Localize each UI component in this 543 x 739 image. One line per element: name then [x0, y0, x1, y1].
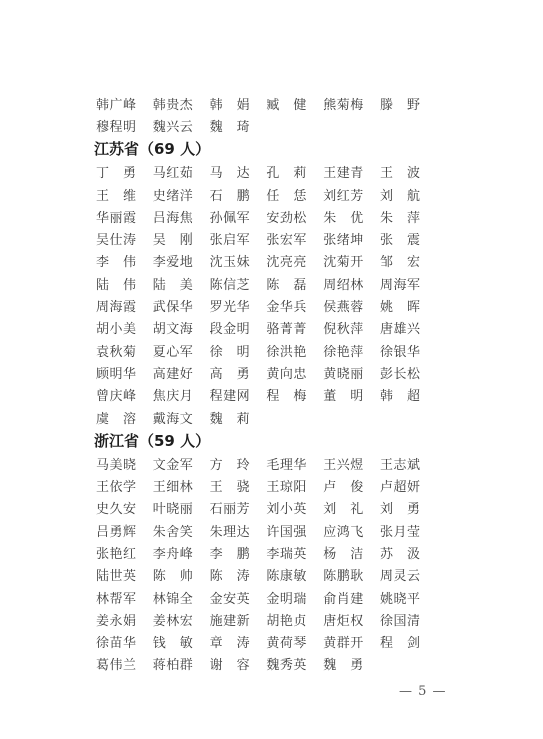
person-name: 李瑞英: [266, 543, 323, 562]
person-name: 张启军: [210, 229, 267, 248]
name-row: 林帮军林锦全金安英金明瑞俞肖建姚晓平: [96, 586, 456, 608]
person-name: 陈 帅: [153, 565, 210, 584]
person-name: 朱 优: [323, 207, 380, 226]
person-name: 沈菊开: [323, 251, 380, 270]
person-name: 蒋柏群: [153, 654, 210, 673]
name-row: 马美晓文金军方 玲毛理华王兴煜王志斌: [96, 452, 456, 474]
name-row: 陆世英陈 帅陈 涛陈康敏陈鹏耿周灵云: [96, 564, 456, 586]
person-name: 戴海文: [153, 408, 210, 427]
person-name: 周绍林: [323, 274, 380, 293]
person-name: 魏 琦: [210, 116, 267, 135]
page-number: — 5 —: [399, 684, 447, 699]
person-name: 王 维: [96, 185, 153, 204]
person-name: 穆程明: [96, 116, 153, 135]
person-name: 胡艳贞: [266, 610, 323, 629]
person-name: 姜永娟: [96, 610, 153, 629]
person-name: 吕海焦: [153, 207, 210, 226]
person-name: 丁 勇: [96, 162, 153, 181]
name-row: 韩广峰韩贵杰韩 娟臧 健熊菊梅滕 野: [96, 92, 456, 114]
person-name: 刘 勇: [380, 498, 437, 517]
name-row: 吴仕涛吴 刚张启军张宏军张绪坤张 震: [96, 227, 456, 249]
person-name: 方 玲: [210, 454, 267, 473]
person-name: 施建新: [210, 610, 267, 629]
person-name: 陆 美: [153, 274, 210, 293]
person-name: 刘 航: [380, 185, 437, 204]
person-name: 高 勇: [210, 363, 267, 382]
person-name: 黄晓丽: [323, 363, 380, 382]
person-name: 周海霞: [96, 296, 153, 315]
name-list: 韩广峰韩贵杰韩 娟臧 健熊菊梅滕 野穆程明魏兴云魏 琦江苏省（69 人）丁 勇马…: [96, 92, 456, 675]
person-name: 臧 健: [266, 94, 323, 113]
person-name: 张艳红: [96, 543, 153, 562]
person-name: 毛理华: [266, 454, 323, 473]
person-name: 俞肖建: [323, 588, 380, 607]
person-name: 史久安: [96, 498, 153, 517]
person-name: 夏心军: [153, 341, 210, 360]
name-row: 袁秋菊夏心军徐 明徐洪艳徐艳萍徐银华: [96, 339, 456, 361]
person-name: 周海军: [380, 274, 437, 293]
name-row: 丁 勇马红茹马 达孔 莉王建青王 波: [96, 161, 456, 183]
person-name: 陈 涛: [210, 565, 267, 584]
person-name: 侯燕蓉: [323, 296, 380, 315]
person-name: 陈信芝: [210, 274, 267, 293]
name-row: 葛伟兰蒋柏群谢 容魏秀英魏 勇: [96, 653, 456, 675]
person-name: 韩贵杰: [153, 94, 210, 113]
person-name: 徐苗华: [96, 632, 153, 651]
person-name: 王志斌: [380, 454, 437, 473]
person-name: 段金明: [210, 318, 267, 337]
person-name: 王依学: [96, 476, 153, 495]
name-row: 张艳红李舟峰李 鹏李瑞英杨 洁苏 汲: [96, 541, 456, 563]
person-name: 卢 俊: [323, 476, 380, 495]
person-name: 唐炬权: [323, 610, 380, 629]
name-row: 华丽霞吕海焦孙佩军安劲松朱 优朱 萍: [96, 205, 456, 227]
person-name: 吴 刚: [153, 229, 210, 248]
person-name: 徐洪艳: [266, 341, 323, 360]
person-name: 黄群开: [323, 632, 380, 651]
person-name: 陈 磊: [266, 274, 323, 293]
person-name: 吕勇辉: [96, 521, 153, 540]
person-name: 魏 勇: [323, 654, 380, 673]
document-page: 韩广峰韩贵杰韩 娟臧 健熊菊梅滕 野穆程明魏兴云魏 琦江苏省（69 人）丁 勇马…: [0, 0, 543, 739]
person-name: 彭长松: [380, 363, 437, 382]
person-name: 沈亮亮: [266, 251, 323, 270]
person-name: 史绪洋: [153, 185, 210, 204]
person-name: 李 鹏: [210, 543, 267, 562]
person-name: 金华兵: [266, 296, 323, 315]
person-name: 马 达: [210, 162, 267, 181]
person-name: 沈玉妹: [210, 251, 267, 270]
person-name: 李舟峰: [153, 543, 210, 562]
person-name: 谢 容: [210, 654, 267, 673]
person-name: 王琼阳: [266, 476, 323, 495]
person-name: 程 梅: [266, 385, 323, 404]
name-row: 史久安叶晓丽石丽芳刘小英刘 礼刘 勇: [96, 497, 456, 519]
person-name: 朱理达: [210, 521, 267, 540]
person-name: 朱舍笑: [153, 521, 210, 540]
person-name: 华丽霞: [96, 207, 153, 226]
person-name: 孔 莉: [266, 162, 323, 181]
name-row: 周海霞武保华罗光华金华兵侯燕蓉姚 晖: [96, 294, 456, 316]
name-row: 顾明华高建好高 勇黄向忠黄晓丽彭长松: [96, 361, 456, 383]
person-name: 韩 超: [380, 385, 437, 404]
person-name: 黄向忠: [266, 363, 323, 382]
name-row: 姜永娟姜林宏施建新胡艳贞唐炬权徐国清: [96, 608, 456, 630]
person-name: 武保华: [153, 296, 210, 315]
person-name: 王兴煜: [323, 454, 380, 473]
person-name: 王 波: [380, 162, 437, 181]
person-name: 胡小美: [96, 318, 153, 337]
name-row: 曾庆峰焦庆月程建网程 梅董 明韩 超: [96, 384, 456, 406]
person-name: 姜林宏: [153, 610, 210, 629]
person-name: 葛伟兰: [96, 654, 153, 673]
person-name: 曾庆峰: [96, 385, 153, 404]
person-name: 陈康敏: [266, 565, 323, 584]
person-name: 钱 敏: [153, 632, 210, 651]
person-name: 任 恁: [266, 185, 323, 204]
person-name: 姚 晖: [380, 296, 437, 315]
person-name: 魏秀英: [266, 654, 323, 673]
person-name: 刘红芳: [323, 185, 380, 204]
person-name: 朱 萍: [380, 207, 437, 226]
person-name: 杨 洁: [323, 543, 380, 562]
person-name: 徐艳萍: [323, 341, 380, 360]
person-name: 安劲松: [266, 207, 323, 226]
person-name: 王细林: [153, 476, 210, 495]
person-name: 李 伟: [96, 251, 153, 270]
name-row: 陆 伟陆 美陈信芝陈 磊周绍林周海军: [96, 272, 456, 294]
person-name: 熊菊梅: [323, 94, 380, 113]
person-name: 魏兴云: [153, 116, 210, 135]
name-row: 徐苗华钱 敏章 涛黄荷琴黄群开程 剑: [96, 631, 456, 653]
person-name: 胡文海: [153, 318, 210, 337]
person-name: 顾明华: [96, 363, 153, 382]
person-name: 孙佩军: [210, 207, 267, 226]
person-name: 陆 伟: [96, 274, 153, 293]
person-name: 文金军: [153, 454, 210, 473]
person-name: 张宏军: [266, 229, 323, 248]
person-name: 林帮军: [96, 588, 153, 607]
section-heading: 浙江省（59 人）: [94, 428, 456, 452]
person-name: 焦庆月: [153, 385, 210, 404]
person-name: 王建青: [323, 162, 380, 181]
person-name: 徐国清: [380, 610, 437, 629]
person-name: 吴仕涛: [96, 229, 153, 248]
person-name: 叶晓丽: [153, 498, 210, 517]
person-name: 滕 野: [380, 94, 437, 113]
section-heading: 江苏省（69 人）: [94, 137, 456, 161]
person-name: 金安英: [210, 588, 267, 607]
person-name: 虞 溶: [96, 408, 153, 427]
name-row: 虞 溶戴海文魏 莉: [96, 406, 456, 428]
person-name: 陈鹏耿: [323, 565, 380, 584]
person-name: 唐雄兴: [380, 318, 437, 337]
person-name: 马红茹: [153, 162, 210, 181]
person-name: 马美晓: [96, 454, 153, 473]
person-name: 应鸿飞: [323, 521, 380, 540]
person-name: 袁秋菊: [96, 341, 153, 360]
name-row: 王 维史绪洋石 鹏任 恁刘红芳刘 航: [96, 183, 456, 205]
person-name: 程建网: [210, 385, 267, 404]
person-name: 金明瑞: [266, 588, 323, 607]
person-name: 石丽芳: [210, 498, 267, 517]
name-row: 穆程明魏兴云魏 琦: [96, 114, 456, 136]
person-name: 邹 宏: [380, 251, 437, 270]
person-name: 徐银华: [380, 341, 437, 360]
name-row: 王依学王细林王 骁王琼阳卢 俊卢超妍: [96, 474, 456, 496]
name-row: 胡小美胡文海段金明骆菁菁倪秋萍唐雄兴: [96, 317, 456, 339]
person-name: 黄荷琴: [266, 632, 323, 651]
person-name: 张 震: [380, 229, 437, 248]
person-name: 董 明: [323, 385, 380, 404]
person-name: 章 涛: [210, 632, 267, 651]
person-name: 周灵云: [380, 565, 437, 584]
person-name: 苏 汲: [380, 543, 437, 562]
name-row: 吕勇辉朱舍笑朱理达许国强应鸿飞张月莹: [96, 519, 456, 541]
person-name: 罗光华: [210, 296, 267, 315]
person-name: 姚晓平: [380, 588, 437, 607]
person-name: 卢超妍: [380, 476, 437, 495]
person-name: 王 骁: [210, 476, 267, 495]
person-name: 徐 明: [210, 341, 267, 360]
person-name: 刘 礼: [323, 498, 380, 517]
name-row: 李 伟李爱地沈玉妹沈亮亮沈菊开邹 宏: [96, 250, 456, 272]
person-name: 石 鹏: [210, 185, 267, 204]
person-name: 刘小英: [266, 498, 323, 517]
person-name: 魏 莉: [210, 408, 267, 427]
person-name: 陆世英: [96, 565, 153, 584]
person-name: 骆菁菁: [266, 318, 323, 337]
person-name: 倪秋萍: [323, 318, 380, 337]
person-name: 张月莹: [380, 521, 437, 540]
person-name: 李爱地: [153, 251, 210, 270]
person-name: 许国强: [266, 521, 323, 540]
person-name: 高建好: [153, 363, 210, 382]
person-name: 韩广峰: [96, 94, 153, 113]
person-name: 程 剑: [380, 632, 437, 651]
person-name: 韩 娟: [210, 94, 267, 113]
person-name: 张绪坤: [323, 229, 380, 248]
person-name: 林锦全: [153, 588, 210, 607]
